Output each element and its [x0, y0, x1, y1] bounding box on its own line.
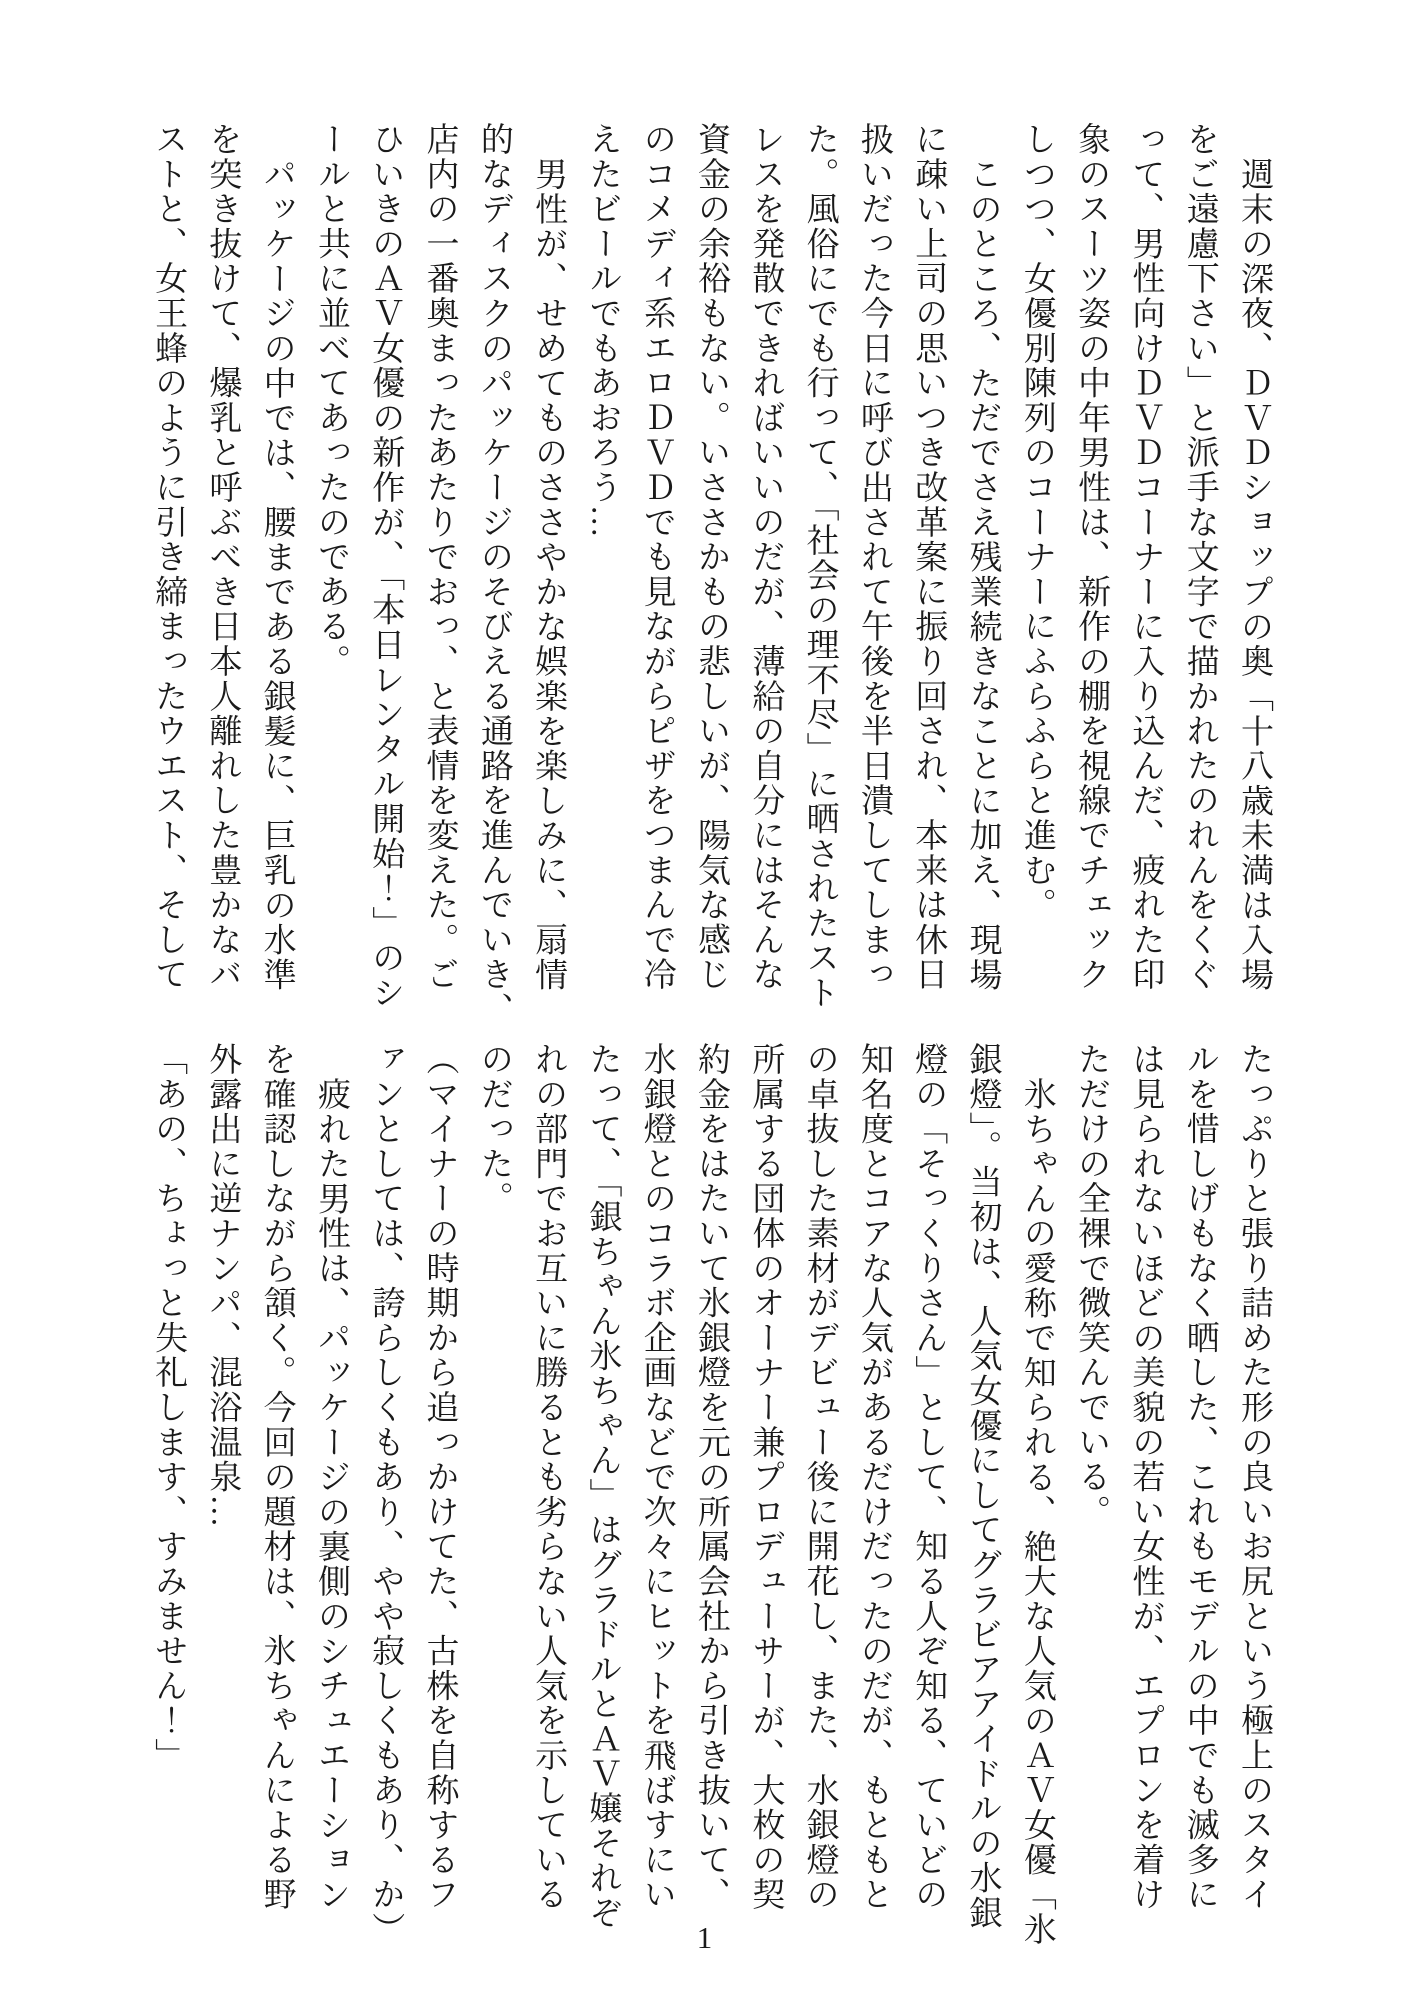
text-column: ストと、女王蜂のように引き締まったウエスト、そして — [141, 122, 195, 1062]
text-column: 資金の余裕もない。いささかもの悲しいが、陽気な感じ — [684, 122, 738, 1062]
text-column: えたビールでもあおろう… — [575, 122, 629, 1062]
text-column: 週末の深夜、ＤＶＤショップの奥「十八歳未満は入場 — [1227, 122, 1281, 1062]
text-column: のコメディ系エロＤＶＤでも見ながらピザをつまんで冷 — [629, 122, 683, 1062]
text-column: しつつ、女優別陳列のコーナーにふらふらと進む。 — [1010, 122, 1064, 1062]
text-column: 知名度とコアな人気があるだけだったのだが、もともと — [847, 1042, 901, 1982]
text-column: 水銀燈とのコラボ企画などで次々にヒットを飛ばすにい — [629, 1042, 683, 1982]
text-column: ールと共に並べてあったのである。 — [304, 122, 358, 1062]
text-column: を突き抜けて、爆乳と呼ぶべき日本人離れした豊かなバ — [195, 122, 249, 1062]
text-column: 外露出に逆ナンパ、混浴温泉… — [195, 1042, 249, 1982]
text-column: は見られないほどの美貌の若い女性が、エプロンを着け — [1118, 1042, 1172, 1982]
text-column: 象のスーツ姿の中年男性は、新作の棚を視線でチェック — [1064, 122, 1118, 1062]
text-block-top: 週末の深夜、ＤＶＤショップの奥「十八歳未満は入場をご遠慮下さい」と派手な文字で描… — [141, 122, 1281, 1062]
text-column: レスを発散できればいいのだが、薄給の自分にはそんな — [738, 122, 792, 1062]
text-column: 所属する団体のオーナー兼プロデューサーが、大枚の契 — [738, 1042, 792, 1982]
text-column: 店内の一番奥まったあたりでおっ、と表情を変えた。ご — [412, 122, 466, 1062]
text-column: 約金をはたいて氷銀燈を元の所属会社から引き抜いて、 — [684, 1042, 738, 1982]
text-column: た。風俗にでも行って、「社会の理不尽」に晒されたスト — [792, 122, 846, 1062]
text-column: 銀燈」。当初は、人気女優にしてグラビアアイドルの水銀 — [955, 1042, 1009, 1982]
text-column: 氷ちゃんの愛称で知られる、絶大な人気のＡＶ女優「氷 — [1010, 1042, 1064, 1982]
text-column: 疲れた男性は、パッケージの裏側のシチュエーション — [304, 1042, 358, 1982]
text-column: に疎い上司の思いつき改革案に振り回され、本来は休日 — [901, 122, 955, 1062]
text-column: ひいきのＡＶ女優の新作が、「本日レンタル開始！」のシ — [358, 122, 412, 1062]
page-number: 1 — [0, 1920, 1409, 1956]
text-column: のだった。 — [467, 1042, 521, 1982]
document-page: 週末の深夜、ＤＶＤショップの奥「十八歳未満は入場をご遠慮下さい」と派手な文字で描… — [0, 0, 1409, 2000]
text-column: パッケージの中では、腰まである銀髪に、巨乳の水準 — [249, 122, 303, 1062]
text-column: 燈の「そっくりさん」として、知る人ぞ知る、ていどの — [901, 1042, 955, 1982]
text-column: ァンとしては、誇らしくもあり、やや寂しくもあり、か） — [358, 1042, 412, 1982]
text-column: 扱いだった今日に呼び出されて午後を半日潰してしまっ — [847, 122, 901, 1062]
text-column: このところ、ただでさえ残業続きなことに加え、現場 — [955, 122, 1009, 1062]
text-column: って、男性向けＤＶＤコーナーに入り込んだ、疲れた印 — [1118, 122, 1172, 1062]
text-column: たって、「銀ちゃん氷ちゃん」はグラドルとＡＶ嬢それぞ — [575, 1042, 629, 1982]
text-column: れの部門でお互いに勝るとも劣らない人気を示している — [521, 1042, 575, 1982]
text-column: をご遠慮下さい」と派手な文字で描かれたのれんをくぐ — [1172, 122, 1226, 1062]
text-column: 「あの、ちょっと失礼します、すみません！」 — [141, 1042, 195, 1982]
text-column: ルを惜しげもなく晒した、これもモデルの中でも滅多に — [1172, 1042, 1226, 1982]
text-column: 的なディスクのパッケージのそびえる通路を進んでいき、 — [467, 122, 521, 1062]
text-column: の卓抜した素材がデビュー後に開花し、また、水銀燈の — [792, 1042, 846, 1982]
text-column: （マイナーの時期から追っかけてた、古株を自称するフ — [412, 1042, 466, 1982]
text-column: 男性が、せめてものささやかな娯楽を楽しみに、扇情 — [521, 122, 575, 1062]
text-column: たっぷりと張り詰めた形の良いお尻という極上のスタイ — [1227, 1042, 1281, 1982]
text-column: を確認しながら頷く。今回の題材は、氷ちゃんによる野 — [249, 1042, 303, 1982]
text-column: ただけの全裸で微笑んでいる。 — [1064, 1042, 1118, 1982]
text-block-bottom: たっぷりと張り詰めた形の良いお尻という極上のスタイルを惜しげもなく晒した、これも… — [141, 1042, 1281, 1982]
